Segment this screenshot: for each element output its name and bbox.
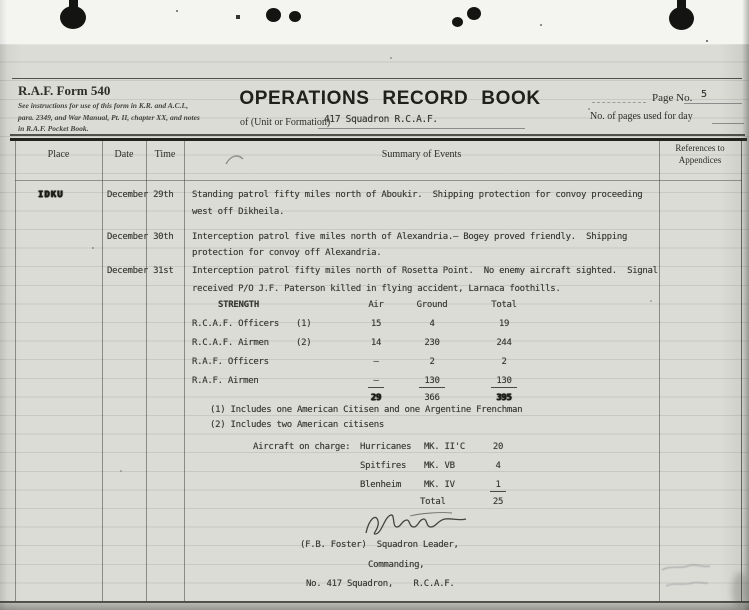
strength-title: STRENGTH bbox=[218, 300, 259, 310]
pencil-scribble bbox=[658, 560, 720, 598]
strength-row-label: R.A.F. Airmen bbox=[192, 376, 259, 386]
strength-col-ground: Ground bbox=[408, 300, 456, 310]
pages-used-line bbox=[712, 123, 744, 124]
column-header-time: Time bbox=[146, 149, 184, 160]
strength-totals-row: 29 366 395 bbox=[0, 393, 749, 405]
entry-date: December 29th bbox=[107, 190, 174, 200]
handwritten-signature bbox=[352, 507, 478, 539]
aircraft-mark: MK. II'C bbox=[424, 442, 465, 452]
dust-specks bbox=[0, 0, 2, 2]
paper-right-edge-shadow bbox=[742, 0, 749, 610]
ink-blot bbox=[452, 17, 463, 27]
binder-fastener-left bbox=[60, 6, 86, 29]
entry-december-29: IDKU December 29th Standing patrol fifty… bbox=[0, 190, 749, 220]
ink-blot bbox=[467, 7, 481, 20]
strength-air: — bbox=[356, 357, 396, 367]
entry-date: December 31st bbox=[107, 266, 174, 276]
entry-line2: protection for convoy off Alexandria. bbox=[192, 248, 381, 258]
double-rule-upper bbox=[10, 134, 745, 136]
aircraft-total-label: Total bbox=[420, 497, 446, 507]
strength-total-ground: 366 bbox=[408, 393, 456, 403]
strength-footnote-2: (2) Includes two American citisens bbox=[210, 420, 384, 430]
strength-total-all: 395 bbox=[482, 393, 526, 403]
strength-col-total: Total bbox=[482, 300, 526, 310]
paper-bottom-edge-shadow bbox=[0, 602, 749, 610]
strength-row: R.A.F. Airmen — 130 130 bbox=[0, 376, 749, 388]
entry-december-30: December 30th Interception patrol five m… bbox=[0, 232, 749, 262]
backing-sheet-strip bbox=[0, 0, 749, 45]
header-row-underline bbox=[15, 180, 742, 181]
strength-total: 244 bbox=[482, 338, 526, 348]
strength-air: 14 bbox=[356, 338, 396, 348]
strength-col-air: Air bbox=[356, 300, 396, 310]
entry-line1: Interception patrol fifty miles north of… bbox=[192, 266, 658, 276]
aircraft-type: Spitfires bbox=[360, 461, 406, 471]
strength-ground: 2 bbox=[408, 357, 456, 367]
entry-line1: Standing patrol fifty miles north of Abo… bbox=[192, 190, 642, 200]
page-no-value: 5 bbox=[701, 89, 707, 100]
page-title: OPERATIONS RECORD BOOK bbox=[225, 88, 555, 110]
unit-label: of (Unit or Formation) bbox=[240, 117, 330, 128]
entry-december-31: December 31st Interception patrol fifty … bbox=[0, 266, 749, 296]
aircraft-type: Hurricanes bbox=[360, 442, 411, 452]
entry-line2: west off Dikheila. bbox=[192, 207, 284, 217]
column-header-date: Date bbox=[102, 149, 146, 160]
strength-ground: 130 bbox=[419, 376, 444, 388]
place-value: IDKU bbox=[38, 190, 64, 200]
pencil-check-mark bbox=[224, 152, 246, 166]
aircraft-on-charge-label: Aircraft on charge: bbox=[253, 442, 350, 452]
aircraft-qty: 1 bbox=[490, 480, 505, 492]
entry-line1: Interception patrol five miles north of … bbox=[192, 232, 627, 242]
unit-underline bbox=[318, 128, 525, 129]
header-top-rule bbox=[12, 78, 742, 79]
unit-value: 417 Squadron R.C.A.F. bbox=[324, 114, 438, 125]
signature-name-line: (F.B. Foster) Squadron Leader, bbox=[300, 540, 459, 550]
strength-air: — bbox=[368, 376, 383, 388]
form-instructions: See instructions for use of this form in… bbox=[18, 100, 204, 135]
aircraft-row: Spitfires MK. VB 4 bbox=[0, 461, 749, 473]
column-header-summary: Summary of Events bbox=[184, 149, 659, 160]
aircraft-total-qty: 25 bbox=[482, 497, 514, 507]
strength-ground: 230 bbox=[408, 338, 456, 348]
strength-row: R.C.A.F. Airmen (2) 14 230 244 bbox=[0, 338, 749, 350]
aircraft-mark: MK. VB bbox=[424, 461, 455, 471]
strength-footnote-1: (1) Includes one American Citisen and on… bbox=[210, 405, 522, 415]
entry-date: December 30th bbox=[107, 232, 174, 242]
signature-squadron-line: No. 417 Squadron, R.C.A.F. bbox=[306, 579, 454, 589]
binder-fastener-right bbox=[669, 7, 694, 30]
aircraft-qty: 20 bbox=[482, 442, 514, 452]
strength-air: 15 bbox=[356, 319, 396, 329]
aircraft-row: Aircraft on charge: Hurricanes MK. II'C … bbox=[0, 442, 749, 454]
page-no-leader-dashes bbox=[592, 102, 646, 104]
strength-total: 2 bbox=[482, 357, 526, 367]
strength-row: R.A.F. Officers — 2 2 bbox=[0, 357, 749, 369]
strength-total-air: 29 bbox=[356, 393, 396, 403]
strength-ground: 4 bbox=[408, 319, 456, 329]
aircraft-qty: 4 bbox=[482, 461, 514, 471]
aircraft-type: Blenheim bbox=[360, 480, 401, 490]
entry-line2: received P/O J.F. Paterson killed in fly… bbox=[192, 284, 561, 294]
aircraft-mark: MK. IV bbox=[424, 480, 455, 490]
strength-row-note: (2) bbox=[296, 338, 311, 348]
strength-row: R.C.A.F. Officers (1) 15 4 19 bbox=[0, 319, 749, 331]
ink-blot bbox=[266, 8, 281, 22]
strength-total: 19 bbox=[482, 319, 526, 329]
double-rule-lower bbox=[10, 138, 747, 141]
strength-row-label: R.A.F. Officers bbox=[192, 357, 269, 367]
scanned-operations-record-book-page: R.A.F. Form 540 See instructions for use… bbox=[0, 0, 749, 610]
strength-row-label: R.C.A.F. Airmen bbox=[192, 338, 269, 348]
strength-total: 130 bbox=[491, 376, 516, 388]
column-header-references: References to Appendices bbox=[672, 143, 728, 166]
form-number: R.A.F. Form 540 bbox=[18, 83, 110, 99]
column-header-place: Place bbox=[15, 149, 102, 160]
strength-header-row: STRENGTH Air Ground Total bbox=[0, 300, 749, 312]
strength-row-note: (1) bbox=[296, 319, 311, 329]
aircraft-row: Blenheim MK. IV 1 bbox=[0, 480, 749, 492]
signature-commanding-line: Commanding, bbox=[368, 560, 424, 570]
page-no-underline bbox=[684, 103, 742, 104]
ink-blot bbox=[289, 11, 301, 22]
strength-row-label: R.C.A.F. Officers bbox=[192, 319, 279, 329]
pages-used-label: No. of pages used for day bbox=[590, 111, 693, 122]
